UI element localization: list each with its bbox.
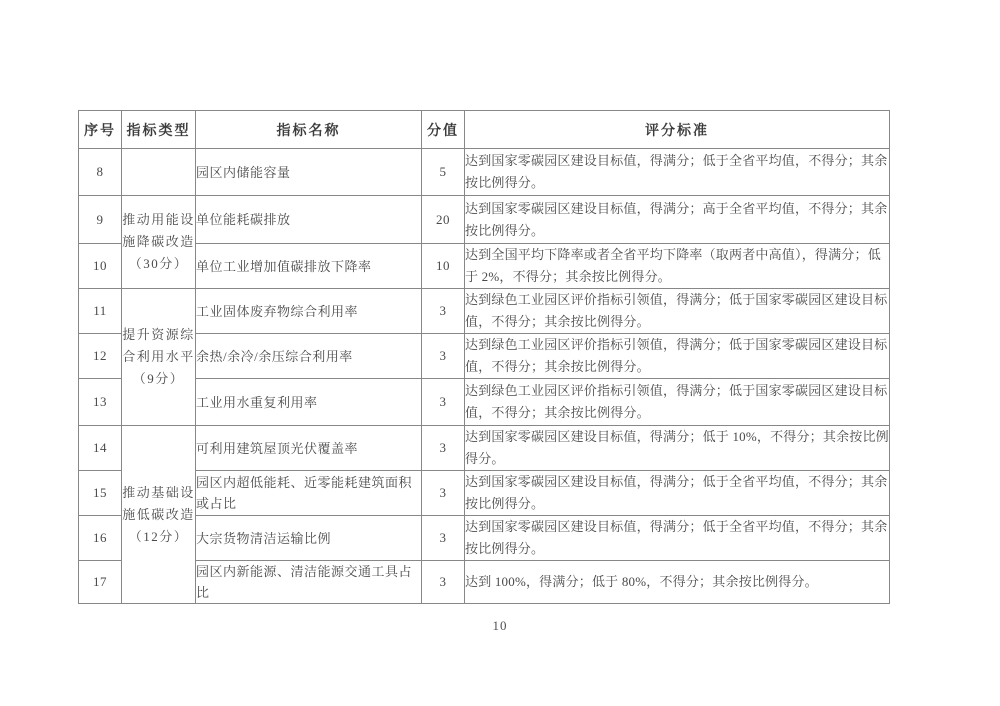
- indicator-name-cell: 园区内储能容量: [196, 149, 422, 196]
- row-number-cell: 12: [79, 334, 122, 379]
- table-row: 14 推动基础设施低碳改造（12分） 可利用建筑屋顶光伏覆盖率 3 达到国家零碳…: [79, 426, 890, 471]
- table-row: 16 大宗货物清洁运输比例 3 达到国家零碳园区建设目标值，得满分；低于全省平均…: [79, 516, 890, 561]
- row-number-cell: 9: [79, 196, 122, 244]
- document-page: 序号 指标类型 指标名称 分值 评分标准 8 园区内储能容量 5 达到国家零碳园…: [0, 0, 1000, 706]
- criteria-cell: 达到国家零碳园区建设目标值，得满分；低于 10%，不得分；其余按比例得分。: [465, 426, 890, 471]
- criteria-cell: 达到绿色工业园区评价指标引领值，得满分；低于国家零碳园区建设目标值，不得分；其余…: [465, 289, 890, 334]
- indicator-name-cell: 工业固体废弃物综合利用率: [196, 289, 422, 334]
- indicator-type-cell: 推动基础设施低碳改造（12分）: [122, 426, 196, 604]
- criteria-cell: 达到绿色工业园区评价指标引领值，得满分；低于国家零碳园区建设目标值，不得分；其余…: [465, 379, 890, 426]
- criteria-cell: 达到国家零碳园区建设目标值，得满分；高于全省平均值，不得分；其余按比例得分。: [465, 196, 890, 244]
- score-cell: 3: [422, 561, 465, 604]
- criteria-cell: 达到全国平均下降率或者全省平均下降率（取两者中高值），得满分；低于 2%，不得分…: [465, 244, 890, 289]
- criteria-cell: 达到 100%，得满分；低于 80%，不得分；其余按比例得分。: [465, 561, 890, 604]
- row-number-cell: 16: [79, 516, 122, 561]
- indicator-name-cell: 余热/余冷/余压综合利用率: [196, 334, 422, 379]
- row-number-cell: 15: [79, 471, 122, 516]
- indicator-name-cell: 单位工业增加值碳排放下降率: [196, 244, 422, 289]
- table-row: 9 推动用能设施降碳改造（30分） 单位能耗碳排放 20 达到国家零碳园区建设目…: [79, 196, 890, 244]
- header-row-number: 序号: [79, 111, 122, 149]
- criteria-cell: 达到国家零碳园区建设目标值，得满分；低于全省平均值，不得分；其余按比例得分。: [465, 471, 890, 516]
- score-cell: 3: [422, 334, 465, 379]
- score-cell: 3: [422, 426, 465, 471]
- indicator-name-cell: 单位能耗碳排放: [196, 196, 422, 244]
- indicator-name-cell: 园区内超低能耗、近零能耗建筑面积或占比: [196, 471, 422, 516]
- table-row: 15 园区内超低能耗、近零能耗建筑面积或占比 3 达到国家零碳园区建设目标值，得…: [79, 471, 890, 516]
- indicator-name-cell: 工业用水重复利用率: [196, 379, 422, 426]
- page-number: 10: [0, 618, 1000, 634]
- header-indicator-name: 指标名称: [196, 111, 422, 149]
- score-cell: 3: [422, 289, 465, 334]
- criteria-cell: 达到国家零碳园区建设目标值，得满分；低于全省平均值，不得分；其余按比例得分。: [465, 516, 890, 561]
- row-number-cell: 8: [79, 149, 122, 196]
- criteria-cell: 达到国家零碳园区建设目标值，得满分；低于全省平均值，不得分；其余按比例得分。: [465, 149, 890, 196]
- indicator-type-cell: 推动用能设施降碳改造（30分）: [122, 196, 196, 289]
- score-cell: 3: [422, 379, 465, 426]
- table-header-row: 序号 指标类型 指标名称 分值 评分标准: [79, 111, 890, 149]
- table-row: 13 工业用水重复利用率 3 达到绿色工业园区评价指标引领值，得满分；低于国家零…: [79, 379, 890, 426]
- header-criteria: 评分标准: [465, 111, 890, 149]
- score-cell: 3: [422, 471, 465, 516]
- indicator-name-cell: 可利用建筑屋顶光伏覆盖率: [196, 426, 422, 471]
- score-cell: 10: [422, 244, 465, 289]
- table-row: 8 园区内储能容量 5 达到国家零碳园区建设目标值，得满分；低于全省平均值，不得…: [79, 149, 890, 196]
- scoring-table: 序号 指标类型 指标名称 分值 评分标准 8 园区内储能容量 5 达到国家零碳园…: [78, 110, 890, 604]
- row-number-cell: 14: [79, 426, 122, 471]
- indicator-name-cell: 大宗货物清洁运输比例: [196, 516, 422, 561]
- header-score: 分值: [422, 111, 465, 149]
- header-indicator-type: 指标类型: [122, 111, 196, 149]
- score-cell: 3: [422, 516, 465, 561]
- score-cell: 20: [422, 196, 465, 244]
- row-number-cell: 11: [79, 289, 122, 334]
- row-number-cell: 17: [79, 561, 122, 604]
- row-number-cell: 10: [79, 244, 122, 289]
- indicator-type-cell: 提升资源综合利用水平（9分）: [122, 289, 196, 426]
- criteria-cell: 达到绿色工业园区评价指标引领值，得满分；低于国家零碳园区建设目标值，不得分；其余…: [465, 334, 890, 379]
- indicator-name-cell: 园区内新能源、清洁能源交通工具占比: [196, 561, 422, 604]
- indicator-type-cell: [122, 149, 196, 196]
- row-number-cell: 13: [79, 379, 122, 426]
- table-row: 17 园区内新能源、清洁能源交通工具占比 3 达到 100%，得满分；低于 80…: [79, 561, 890, 604]
- table-row: 11 提升资源综合利用水平（9分） 工业固体废弃物综合利用率 3 达到绿色工业园…: [79, 289, 890, 334]
- score-cell: 5: [422, 149, 465, 196]
- table-row: 12 余热/余冷/余压综合利用率 3 达到绿色工业园区评价指标引领值，得满分；低…: [79, 334, 890, 379]
- table-row: 10 单位工业增加值碳排放下降率 10 达到全国平均下降率或者全省平均下降率（取…: [79, 244, 890, 289]
